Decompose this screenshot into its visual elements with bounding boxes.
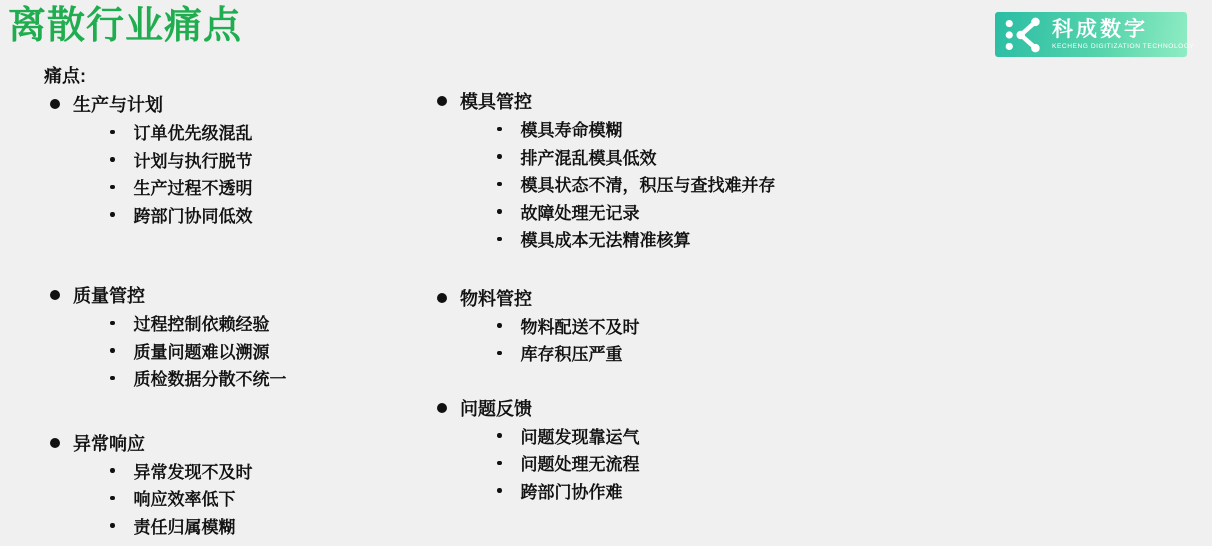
bullet-icon — [50, 99, 60, 109]
logo-name-cn: 科成数字 — [1052, 19, 1194, 41]
pain-item-label: 模具状态不清，积压与查找难并存 — [521, 171, 776, 196]
pain-item-label: 模具寿命模糊 — [521, 116, 623, 141]
pain-item-label: 模具成本无法精准核算 — [521, 226, 691, 251]
pain-section: 异常响应异常发现不及时响应效率低下责任归属模糊 — [50, 429, 430, 540]
pain-item: 问题处理无流程 — [437, 449, 897, 477]
pain-item: 模具状态不清，积压与查找难并存 — [437, 170, 897, 198]
pain-section-header: 模具管控 — [437, 87, 897, 115]
pain-section-header: 异常响应 — [50, 429, 430, 457]
dot-icon — [497, 323, 502, 328]
dot-icon — [110, 185, 115, 190]
pain-section: 生产与计划订单优先级混乱计划与执行脱节生产过程不透明跨部门协同低效 — [50, 90, 430, 228]
company-logo: 科成数字 KECHENG DIGITIZATION TECHNOLOGY — [995, 12, 1187, 57]
pain-section: 质量管控过程控制依赖经验质量问题难以溯源质检数据分散不统一 — [50, 281, 430, 392]
pain-section-title: 生产与计划 — [73, 91, 163, 117]
bullet-icon — [437, 403, 447, 413]
dot-icon — [110, 130, 115, 135]
pain-item-label: 跨部门协作难 — [521, 478, 623, 503]
pain-item-label: 计划与执行脱节 — [134, 147, 253, 172]
pain-item: 响应效率低下 — [50, 484, 430, 512]
dot-icon — [497, 182, 502, 187]
dot-icon — [497, 154, 502, 159]
pain-item-label: 订单优先级混乱 — [134, 119, 253, 144]
dot-icon — [497, 351, 502, 356]
pain-item-label: 库存积压严重 — [521, 340, 623, 365]
page-title: 离散行业痛点 — [8, 2, 242, 51]
pain-item: 跨部门协作难 — [437, 477, 897, 505]
dot-icon — [110, 321, 115, 326]
dot-icon — [110, 523, 115, 528]
pain-item: 订单优先级混乱 — [50, 118, 430, 146]
pain-item: 质检数据分散不统一 — [50, 364, 430, 392]
bullet-icon — [50, 438, 60, 448]
pain-points-label: 痛点: — [44, 62, 86, 88]
dot-icon — [110, 212, 115, 217]
pain-item-label: 质量问题难以溯源 — [134, 338, 270, 363]
bullet-icon — [437, 293, 447, 303]
pain-section-title: 质量管控 — [73, 282, 145, 308]
dot-icon — [497, 461, 502, 466]
pain-item: 异常发现不及时 — [50, 457, 430, 485]
pain-item-label: 问题发现靠运气 — [521, 423, 640, 448]
dot-icon — [497, 488, 502, 493]
pain-item-label: 生产过程不透明 — [134, 174, 253, 199]
logo-text: 科成数字 KECHENG DIGITIZATION TECHNOLOGY — [1052, 19, 1194, 50]
pain-section-title: 异常响应 — [73, 430, 145, 456]
pain-item: 模具成本无法精准核算 — [437, 225, 897, 253]
pain-section: 问题反馈问题发现靠运气问题处理无流程跨部门协作难 — [437, 394, 897, 505]
dot-icon — [110, 496, 115, 501]
pain-item: 模具寿命模糊 — [437, 115, 897, 143]
pain-item: 过程控制依赖经验 — [50, 309, 430, 337]
dot-icon — [497, 209, 502, 214]
pain-item-label: 责任归属模糊 — [134, 513, 236, 538]
bullet-icon — [50, 290, 60, 300]
pain-section-title: 物料管控 — [460, 285, 532, 311]
pain-column-left: 生产与计划订单优先级混乱计划与执行脱节生产过程不透明跨部门协同低效质量管控过程控… — [50, 90, 430, 539]
pain-item: 问题发现靠运气 — [437, 422, 897, 450]
pain-section: 物料管控物料配送不及时库存积压严重 — [437, 284, 897, 367]
dot-icon — [497, 433, 502, 438]
pain-section-header: 物料管控 — [437, 284, 897, 312]
pain-section-header: 问题反馈 — [437, 394, 897, 422]
pain-section-header: 质量管控 — [50, 281, 430, 309]
pain-item: 计划与执行脱节 — [50, 146, 430, 174]
dot-icon — [497, 127, 502, 132]
pain-item-label: 响应效率低下 — [134, 485, 236, 510]
pain-item-label: 问题处理无流程 — [521, 450, 640, 475]
pain-item-label: 过程控制依赖经验 — [134, 310, 270, 335]
pain-item: 物料配送不及时 — [437, 312, 897, 340]
pain-section-title: 模具管控 — [460, 88, 532, 114]
pain-item: 故障处理无记录 — [437, 198, 897, 226]
pain-item-label: 排产混乱模具低效 — [521, 144, 657, 169]
dot-icon — [497, 237, 502, 242]
pain-item: 跨部门协同低效 — [50, 201, 430, 229]
pain-section-title: 问题反馈 — [460, 395, 532, 421]
pain-item-label: 故障处理无记录 — [521, 199, 640, 224]
pain-item-label: 异常发现不及时 — [134, 458, 253, 483]
pain-item: 责任归属模糊 — [50, 512, 430, 540]
pain-item-label: 物料配送不及时 — [521, 313, 640, 338]
logo-name-en: KECHENG DIGITIZATION TECHNOLOGY — [1052, 43, 1194, 50]
pain-item: 质量问题难以溯源 — [50, 337, 430, 365]
dot-icon — [110, 468, 115, 473]
kecheng-dots-k-logo-icon — [1004, 17, 1044, 53]
pain-column-right: 模具管控模具寿命模糊排产混乱模具低效模具状态不清，积压与查找难并存故障处理无记录… — [437, 87, 897, 504]
slide: 离散行业痛点 科成数字 KECHENG DIGITIZATION TECHNOL… — [0, 0, 1212, 546]
dot-icon — [110, 157, 115, 162]
pain-section: 模具管控模具寿命模糊排产混乱模具低效模具状态不清，积压与查找难并存故障处理无记录… — [437, 87, 897, 253]
pain-item: 库存积压严重 — [437, 339, 897, 367]
pain-section-header: 生产与计划 — [50, 90, 430, 118]
pain-item: 排产混乱模具低效 — [437, 143, 897, 171]
dot-icon — [110, 376, 115, 381]
pain-item-label: 跨部门协同低效 — [134, 202, 253, 227]
pain-item: 生产过程不透明 — [50, 173, 430, 201]
bullet-icon — [437, 96, 447, 106]
pain-item-label: 质检数据分散不统一 — [134, 365, 287, 390]
dot-icon — [110, 348, 115, 353]
